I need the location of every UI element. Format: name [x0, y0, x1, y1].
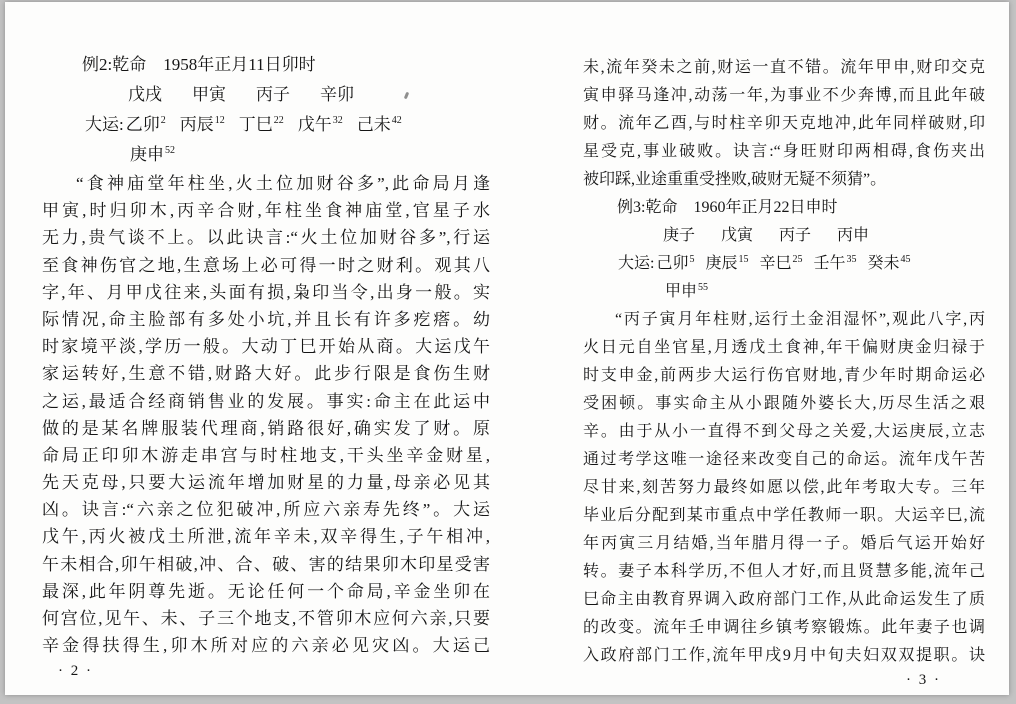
pillar: 丙子: [779, 222, 811, 250]
dayun-item: 戊午32: [298, 110, 343, 140]
example-title: 例2:乾命 1958年正月11日卯时: [82, 50, 490, 80]
dayun-item: 丁巳22: [239, 110, 284, 140]
text-line: 家运转好,生意不错,财路大好。此步行限是食伤生财: [42, 360, 490, 387]
text-line: 凶。诀言:“六亲之位犯破冲,所应六亲寿先终”。大运: [42, 496, 490, 523]
dayun-item: 乙卯2: [126, 110, 166, 140]
text-line: 命局正印卯木游走串宫与时柱地支,干头坐辛金财星,: [42, 442, 490, 469]
dayun-ganzhi: 乙卯: [126, 115, 160, 134]
dayun-item: 己未42: [357, 110, 402, 140]
dayun-label: 大运:: [85, 110, 124, 140]
text-line: 时支申金,前两步大运行伤官财地,青少年时期命运必: [583, 362, 985, 390]
paragraph: “丙子寅月年柱财,运行土金泪湿怀”,观此八字,丙火日元自坐官星,月透戊土食神,年…: [583, 306, 985, 670]
text-line: 之运,最适合经商销售业的发展。事实:命主在此运中: [42, 388, 490, 415]
pillar: 戊寅: [721, 222, 753, 250]
pillar: 庚子: [663, 222, 695, 250]
dayun-age: 15: [738, 254, 748, 265]
dayun-item: 庚申52: [130, 140, 175, 170]
pillar: 丙子: [256, 80, 290, 110]
dayun-items: 己卯5庚辰15辛巳25壬午35癸未45: [656, 250, 910, 278]
dayun-item: 丙辰12: [180, 110, 225, 140]
dayun-item: 壬午35: [814, 250, 857, 278]
dayun-label: 大运:: [618, 250, 654, 278]
text-line: 至食神伤官之地,生意场上必可得一时之财利。观其八: [42, 252, 490, 279]
dayun-age: 45: [901, 254, 911, 265]
page-right: 未,流年癸未之前,财运一直不错。流年甲申,财印交克寅申驿马逢冲,动荡一年,为事业…: [583, 54, 985, 689]
text-line: 戊午,丙火被戊土所泄,流年辛未,双辛得生,子午相冲,: [42, 523, 490, 550]
four-pillars: 戊戌甲寅丙子辛卯: [128, 80, 490, 110]
dayun-age: 12: [215, 115, 225, 126]
dayun-row: 大运: 己卯5庚辰15辛巳25壬午35癸未45: [618, 250, 985, 278]
book-spread: 例2:乾命 1958年正月11日卯时 戊戌甲寅丙子辛卯 大运: 乙卯2丙辰12丁…: [5, 2, 1009, 695]
dayun-age: 55: [698, 282, 708, 293]
text-line: 何宫位,见午、未、子三个地支,不管卯木应何六亲,只要: [42, 605, 490, 632]
text-line: 午未相合,卯午相破,冲、合、破、害的结果卯木印星受害: [42, 551, 490, 578]
dayun-ganzhi: 壬午: [814, 255, 846, 272]
dayun-row: 大运: 乙卯2丙辰12丁巳22戊午32己未42: [85, 110, 490, 140]
text-line: 年丙寅三月结婚,当年腊月得一子。婚后气运开始好: [583, 530, 985, 558]
dayun-item: 己卯5: [656, 250, 694, 278]
dayun-ganzhi: 戊午: [298, 115, 332, 134]
text-line: 星受克,事业破败。诀言:“身旺财印两相碍,食伤夹出: [583, 138, 985, 166]
text-line: 被印踩,业途重重受挫败,破财无疑不须猜”。: [583, 166, 985, 194]
text-line: 财。流年乙酉,与时柱辛卯天克地冲,此年同样破财,印: [583, 110, 985, 138]
text-line: “食神庙堂年柱坐,火土位加财谷多”,此命局月逢: [42, 170, 490, 197]
dayun-ganzhi: 甲申: [665, 283, 697, 300]
text-line: 未,流年癸未之前,财运一直不错。流年甲申,财印交克: [583, 54, 985, 82]
dayun-items: 庚申52: [130, 140, 490, 170]
dayun-ganzhi: 己卯: [656, 255, 688, 272]
page-number: · 2 ·: [58, 663, 490, 680]
pillar: 戊戌: [128, 80, 162, 110]
text-line: 通过考学这唯一途径来改变自己的命运。流年戊午苦: [583, 446, 985, 474]
text-line: 时家境平淡,学历一般。大动丁巳开始从商。大运戊午: [42, 333, 490, 360]
dayun-age: 52: [165, 145, 175, 156]
text-line: 做的是某名牌服装代理商,销路很好,确实发了财。原: [42, 415, 490, 442]
dayun-item: 庚辰15: [705, 250, 748, 278]
paragraph-continued: 未,流年癸未之前,财运一直不错。流年甲申,财印交克寅申驿马逢冲,动荡一年,为事业…: [583, 54, 985, 194]
text-line: 巳命主由教育界调入政府部门工作,从此命运发生了质: [583, 586, 985, 614]
text-line: 字,年、月甲戊往来,头面有损,枭印当令,出身一般。实: [42, 279, 490, 306]
dayun-ganzhi: 辛巳: [759, 255, 791, 272]
dayun-age: 42: [392, 115, 402, 126]
text-line: 的改变。流年壬申调往乡镇考察锻炼。此年妻子也调: [583, 614, 985, 642]
text-line: 火日元自坐官星,月透戊土食神,年干偏财庚金归禄于: [583, 334, 985, 362]
dayun-age: 35: [847, 254, 857, 265]
text-line: 尽甘来,刻苦努力最终如愿以偿,此年考取大专。三年: [583, 474, 985, 502]
dayun-ganzhi: 庚辰: [705, 255, 737, 272]
text-line: 受困顿。事实命主从小跟随外婆长大,历尽生活之艰: [583, 390, 985, 418]
dayun-ganzhi: 庚申: [130, 145, 164, 164]
text-line: 毕业后分配到某市重点中学任教师一职。大运辛巳,流: [583, 502, 985, 530]
dayun-age: 32: [333, 115, 343, 126]
text-line: “丙子寅月年柱财,运行土金泪湿怀”,观此八字,丙: [583, 306, 985, 334]
dayun-ganzhi: 己未: [357, 115, 391, 134]
dayun-item: 癸未45: [868, 250, 911, 278]
text-line: 辛。由于从小一直得不到父母之关爱,大运庚辰,立志: [583, 418, 985, 446]
dayun-items: 乙卯2丙辰12丁巳22戊午32己未42: [126, 110, 402, 140]
dayun-row-2: 庚申52: [128, 140, 490, 170]
pillar: 丙申: [837, 222, 869, 250]
dayun-age: 2: [161, 115, 166, 126]
dayun-item: 辛巳25: [759, 250, 802, 278]
text-line: 辛金得扶得生,卯木所对应的六亲必见灾凶。大运己: [42, 632, 490, 659]
text-line: 先天克母,只要大运流年增加财星的力量,母亲必见其: [42, 469, 490, 496]
dayun-items: 甲申55: [665, 278, 985, 306]
paragraph: “食神庙堂年柱坐,火土位加财谷多”,此命局月逢甲寅,时归卯木,丙辛合财,年柱坐食…: [42, 170, 490, 659]
text-line: 转。妻子本科学历,不但人才好,而且贤慧多能,流年己: [583, 558, 985, 586]
dayun-age: 22: [274, 115, 284, 126]
pillar: 辛卯: [320, 80, 354, 110]
text-line: 际情况,命主脸部有多处小坑,并且长有许多疙瘩。幼: [42, 306, 490, 333]
pillar: 甲寅: [192, 80, 226, 110]
dayun-ganzhi: 丙辰: [180, 115, 214, 134]
text-line: 入政府部门工作,流年甲戌9月中旬夫妇双双提职。诀: [583, 642, 985, 670]
dayun-row-2: 甲申55: [663, 278, 985, 306]
example-title: 例3:乾命 1960年正月22日申时: [617, 194, 985, 222]
dayun-item: 甲申55: [665, 278, 708, 306]
dayun-age: 25: [793, 254, 803, 265]
text-line: 最深,此年阴尊先逝。无论任何一个命局,辛金坐卯在: [42, 578, 490, 605]
four-pillars: 庚子戊寅丙子丙申: [663, 222, 985, 250]
dayun-age: 5: [689, 254, 694, 265]
page-number: · 3 ·: [583, 672, 985, 689]
dayun-ganzhi: 癸未: [868, 255, 900, 272]
text-line: 无力,贵气谈不上。以此诀言:“火土位加财谷多”,行运: [42, 224, 490, 251]
dayun-ganzhi: 丁巳: [239, 115, 273, 134]
text-line: 甲寅,时归卯木,丙辛合财,年柱坐食神庙堂,官星子水: [42, 197, 490, 224]
page-left: 例2:乾命 1958年正月11日卯时 戊戌甲寅丙子辛卯 大运: 乙卯2丙辰12丁…: [42, 50, 490, 680]
text-line: 寅申驿马逢冲,动荡一年,为事业不少奔博,而且此年破: [583, 82, 985, 110]
